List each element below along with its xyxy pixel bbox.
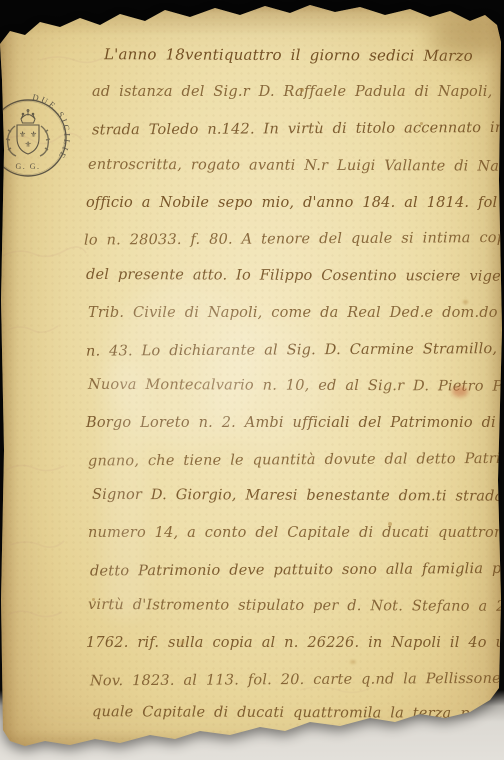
scanned-document-photo: DUE SICILIE ⚜ ⚜ ⚜	[0, 0, 504, 760]
manuscript-text-block: L'anno 18ventiquattro il giorno sedici M…	[0, 0, 504, 760]
manuscript-line: virtù d'Istromento stipulato per d. Not.…	[88, 597, 504, 615]
manuscript-line: Borgo Loreto n. 2. Ambi ufficiali del Pa…	[86, 415, 504, 431]
manuscript-line: numero 14, a conto del Capitale di ducat…	[88, 525, 504, 541]
manuscript-line: quale Capitale di ducati quattromila la …	[92, 704, 501, 722]
manuscript-line: L'anno 18ventiquattro il giorno sedici M…	[104, 45, 473, 65]
manuscript-page: DUE SICILIE ⚜ ⚜ ⚜	[0, 0, 504, 760]
manuscript-line: lo n. 28033. f. 80. A tenore del quale s…	[84, 229, 504, 248]
manuscript-line: entroscritta, rogato avanti N.r Luigi Va…	[88, 157, 504, 175]
paper-shadow-wrap: DUE SICILIE ⚜ ⚜ ⚜	[0, 0, 504, 760]
manuscript-line: ad istanza del Sig.r D. Raffaele Padula …	[92, 84, 504, 100]
manuscript-line: strada Toledo n.142. In virtù di titolo …	[92, 120, 504, 139]
manuscript-line: n. 43. Lo dichiarante al Sig. D. Carmine…	[86, 340, 504, 359]
manuscript-line: Signor D. Giorgio, Maresi benestante dom…	[92, 487, 504, 505]
manuscript-line: Trib. Civile di Napoli, come da Real Ded…	[88, 305, 504, 321]
manuscript-line: gnano, che tiene le quantità dovute dal …	[88, 451, 504, 470]
manuscript-line: del presente atto. Io Filippo Cosentino …	[86, 267, 504, 285]
manuscript-line: detto Patrimonio deve pattuito sono alla…	[90, 561, 504, 580]
manuscript-line: Nuova Montecalvario n. 10, ed al Sig.r D…	[88, 377, 504, 395]
manuscript-line: 1762. rif. sulla copia al n. 26226. in N…	[86, 635, 504, 651]
manuscript-line: Nov. 1823. al 113. fol. 20. carte q.nd l…	[90, 671, 504, 690]
manuscript-line: officio a Nobile sepo mio, d'anno 184. a…	[86, 195, 504, 211]
